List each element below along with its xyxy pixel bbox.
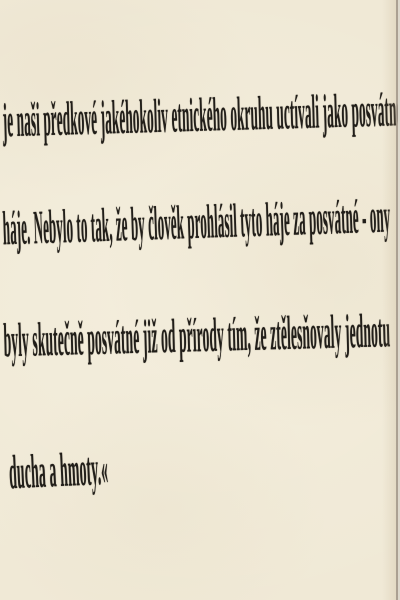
scanned-book-page: je naši předkové jakéhokoliv etnického o… — [0, 0, 400, 600]
text-line-2-content: háje. Nebylo to tak, že by člověk prohlá… — [2, 193, 391, 254]
text-line-4: ducha a hmoty.« — [8, 440, 225, 480]
text-line-2: háje. Nebylo to tak, že by člověk prohlá… — [2, 176, 400, 236]
text-line-3-content: byly skutečně posvátné již od přírody tí… — [3, 308, 391, 366]
text-line-4-content: ducha a hmoty.« — [8, 446, 109, 498]
text-line-1: je naši předkové jakéhokoliv etnického o… — [2, 73, 400, 128]
text-line-1-content: je naši předkové jakéhokoliv etnického o… — [2, 87, 400, 146]
text-line-3: byly skutečně posvátné již od přírody tí… — [3, 296, 400, 348]
